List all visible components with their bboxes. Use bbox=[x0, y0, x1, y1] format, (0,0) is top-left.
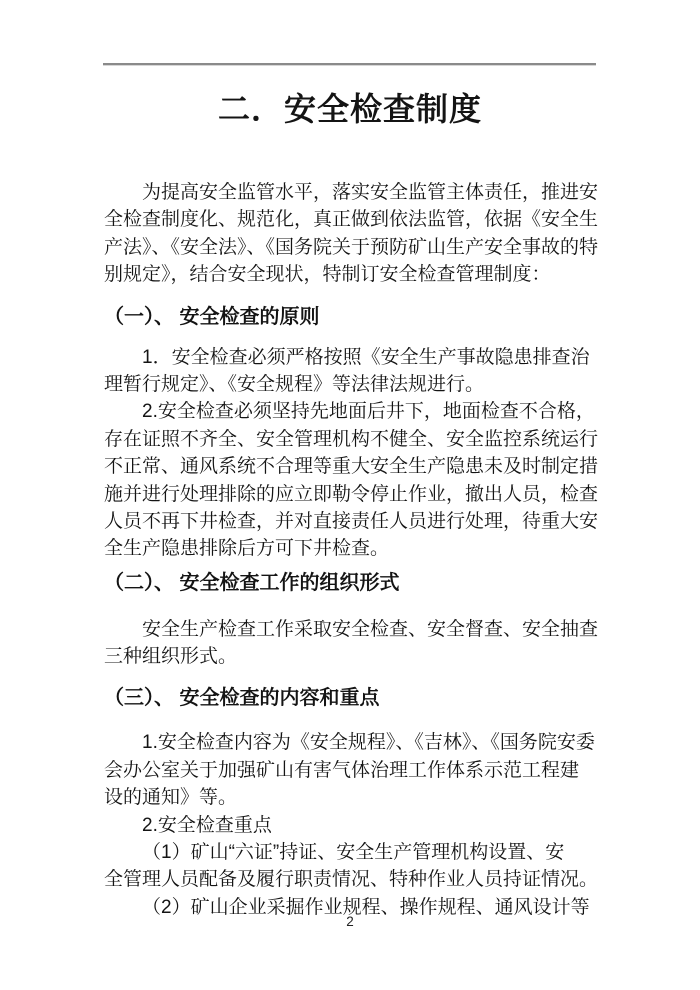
text-line: 全管理人员配备及履行职责情况、特种作业人员持证情况。 bbox=[104, 866, 596, 893]
text-line: 安全生产检查工作采取安全检查、安全督查、安全抽查 bbox=[104, 616, 596, 643]
text-line: 人员不再下井检查，并对直接责任人员进行处理，待重大安 bbox=[104, 508, 596, 535]
section-2-paragraph: 安全生产检查工作采取安全检查、安全督查、安全抽查三种组织形式。 bbox=[104, 616, 596, 671]
text-line: 2.安全检查必须坚持先地面后井下，地面检查不合格， bbox=[104, 398, 596, 425]
page-number: 2 bbox=[0, 913, 700, 931]
section-2-heading: （二）、 安全检查工作的组织形式 bbox=[104, 569, 596, 597]
text-line: 别规定》，结合安全现状，特制订安全检查管理制度： bbox=[104, 261, 596, 288]
text-line: 施并进行处理排除的应立即勒令停止作业，撤出人员，检查 bbox=[104, 481, 596, 508]
text-line: 不正常、通风系统不合理等重大安全生产隐患未及时制定措 bbox=[104, 453, 596, 480]
section-1-item-2: 2.安全检查必须坚持先地面后井下，地面检查不合格，存在证照不齐全、安全管理机构不… bbox=[104, 398, 596, 562]
text-line: 三种组织形式。 bbox=[104, 643, 596, 670]
text-line: 设的通知》等。 bbox=[104, 784, 596, 811]
text-line: 1.安全检查内容为《安全规程》、《吉林》、《国务院安委 bbox=[104, 729, 596, 756]
section-1-heading: （一）、 安全检查的原则 bbox=[104, 303, 596, 331]
document-body: 二．安全检查制度为提高安全监管水平，落实安全监管主体责任，推进安全检查制度化、规… bbox=[104, 0, 596, 921]
text-line: （1）矿山“六证”持证、安全生产管理机构设置、安 bbox=[104, 839, 596, 866]
text-line: 2.安全检查重点 bbox=[104, 812, 596, 839]
text-line: 全检查制度化、规范化，真正做到依法监管，依据《安全生 bbox=[104, 206, 596, 233]
text-line: 产法》、《安全法》、《国务院关于预防矿山生产安全事故的特 bbox=[104, 234, 596, 261]
intro-paragraph: 为提高安全监管水平，落实安全监管主体责任，推进安全检查制度化、规范化，真正做到依… bbox=[104, 179, 596, 289]
section-1-item-1: 1．安全检查必须严格按照《安全生产事故隐患排查治理暂行规定》、《安全规程》等法律… bbox=[104, 344, 596, 399]
text-line: 为提高安全监管水平，落实安全监管主体责任，推进安 bbox=[104, 179, 596, 206]
doc-title: 二．安全检查制度 bbox=[104, 87, 596, 131]
text-line: 理暂行规定》、《安全规程》等法律法规进行。 bbox=[104, 371, 596, 398]
section-3-heading: （三）、 安全检查的内容和重点 bbox=[104, 684, 596, 712]
section-3-item-2: 2.安全检查重点 bbox=[104, 812, 596, 839]
text-line: 全生产隐患排除后方可下井检查。 bbox=[104, 535, 596, 562]
text-line: 1．安全检查必须严格按照《安全生产事故隐患排查治 bbox=[104, 344, 596, 371]
section-3-item-2-1: （1）矿山“六证”持证、安全生产管理机构设置、安全管理人员配备及履行职责情况、特… bbox=[104, 839, 596, 894]
text-line: 会办公室关于加强矿山有害气体治理工作体系示范工程建 bbox=[104, 757, 596, 784]
text-line: 存在证照不齐全、安全管理机构不健全、安全监控系统运行 bbox=[104, 426, 596, 453]
document-page: 二．安全检查制度为提高安全监管水平，落实安全监管主体责任，推进安全检查制度化、规… bbox=[0, 0, 700, 990]
section-3-item-1: 1.安全检查内容为《安全规程》、《吉林》、《国务院安委会办公室关于加强矿山有害气… bbox=[104, 729, 596, 811]
